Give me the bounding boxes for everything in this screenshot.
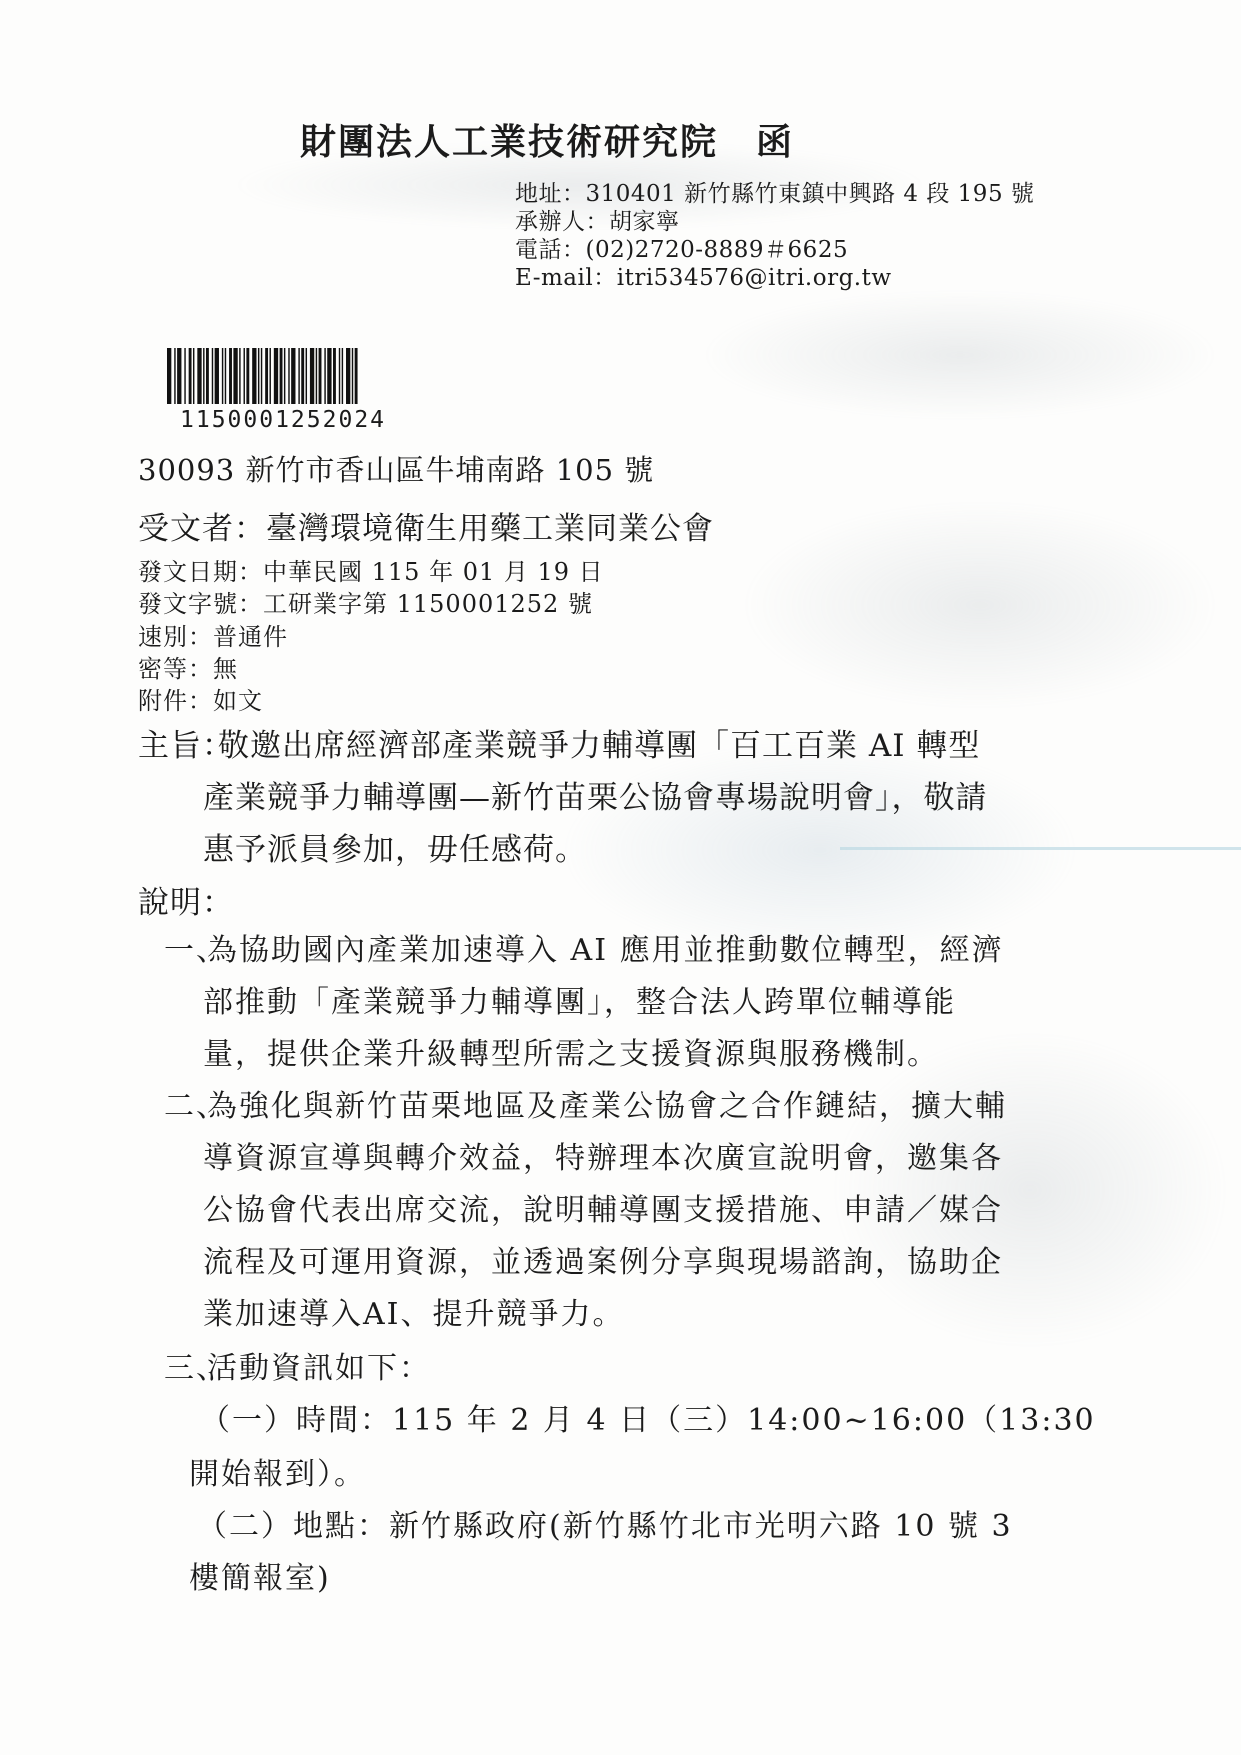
sender-phone-line: 電話：(02)2720-8889＃6625 xyxy=(515,236,848,265)
sender-contact-person-line: 承辦人：胡家寧 xyxy=(515,208,680,237)
subject-line: 敬邀出席經濟部產業競爭力輔導團「百工百業 AI 轉型 xyxy=(218,727,980,766)
item-line: 量，提供企業升級轉型所需之支援資源與服務機制。 xyxy=(203,1036,939,1074)
bleed-through-artifact xyxy=(830,1030,1230,1350)
recipient-line: 受文者：臺灣環境衛生用藥工業同業公會 xyxy=(138,510,714,549)
subitem-line: 樓簡報室) xyxy=(189,1560,331,1598)
mailing-address: 30093 新竹市香山區牛埔南路 105 號 xyxy=(138,452,654,488)
item-line: 流程及可運用資源，並透過案例分享與現場諮詢，協助企 xyxy=(203,1244,1003,1282)
subitem-line: 開始報到）。 xyxy=(189,1456,366,1494)
sender-email-line: E-mail：itri534576@itri.org.tw xyxy=(515,264,892,293)
attachment-line: 附件：如文 xyxy=(138,686,263,716)
explanation-label: 說明： xyxy=(138,884,234,923)
subject-line: 產業競爭力輔導團—新竹苗栗公協會專場說明會」，敬請 xyxy=(203,779,988,818)
issue-date-line: 發文日期：中華民國 115 年 01 月 19 日 xyxy=(138,557,604,587)
barcode xyxy=(167,348,359,404)
item-line: 活動資訊如下： xyxy=(207,1350,431,1388)
item-line: 為強化與新竹苗栗地區及產業公協會之合作鏈結，擴大輔 xyxy=(207,1088,1007,1126)
scanner-line-artifact xyxy=(840,847,1241,850)
letter-title: 財團法人工業技術研究院 函 xyxy=(300,120,794,165)
subitem-line: （一）時間：115 年 2 月 4 日（三）14:00~16:00（13:30 xyxy=(200,1402,1096,1440)
subitem-line: （二）地點：新竹縣政府(新竹縣竹北市光明六路 10 號 3 xyxy=(197,1508,1013,1546)
item-line: 部推動「產業競爭力輔導團」，整合法人跨單位輔導能 xyxy=(203,984,956,1022)
security-class-line: 密等：無 xyxy=(138,654,238,684)
bleed-through-artifact xyxy=(740,500,1220,710)
bleed-through-artifact xyxy=(560,740,1080,960)
scanned-letter-page: 財團法人工業技術研究院 函 地址：310401 新竹縣竹東鎮中興路 4 段 19… xyxy=(0,0,1241,1755)
item-line: 業加速導入AI、提升競爭力。 xyxy=(203,1296,625,1334)
item-line: 為協助國內產業加速導入 AI 應用並推動數位轉型，經濟 xyxy=(207,932,1004,970)
barcode-number: 1150001252024 xyxy=(180,406,386,435)
sender-address-line: 地址：310401 新竹縣竹東鎮中興路 4 段 195 號 xyxy=(515,180,1034,209)
speed-class-line: 速別：普通件 xyxy=(138,622,288,652)
doc-number-line: 發文字號：工研業字第 1150001252 號 xyxy=(138,589,593,619)
bleed-through-artifact xyxy=(700,290,1220,420)
subject-line: 惠予派員參加，毋任感荷。 xyxy=(203,831,587,870)
item-line: 導資源宣導與轉介效益，特辦理本次廣宣說明會，邀集各 xyxy=(203,1140,1003,1178)
item-line: 公協會代表出席交流，說明輔導團支援措施、申請／媒合 xyxy=(203,1192,1003,1230)
